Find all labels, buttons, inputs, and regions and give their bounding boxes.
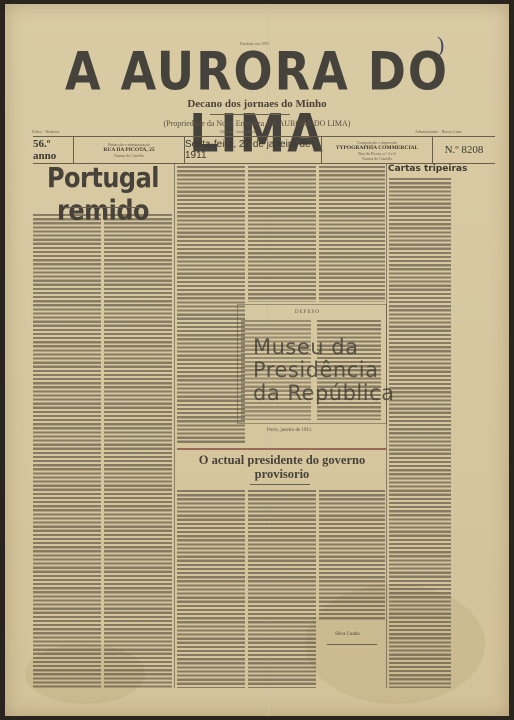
newspaper-page: Fundado em 1855 ) A AURORA DO LIMA Decan…: [5, 4, 509, 716]
column-rule: [386, 164, 387, 688]
typography-city: Vianna do Castello: [362, 156, 392, 161]
text-column-1: [33, 214, 101, 688]
second-headline: O actual presidente do governo provisori…: [177, 453, 387, 481]
year-cell: 56.º anno: [33, 137, 74, 163]
headline-rule: [65, 207, 140, 208]
watermark-line-2: Presidência: [253, 359, 395, 382]
signature: Silva Cunha: [335, 632, 360, 637]
masthead-subtitle: Decano dos jornaes do Minho: [5, 98, 509, 110]
article-divider: [177, 448, 387, 450]
boxed-notice-title: DEFESO: [295, 310, 320, 315]
text-column-3: [177, 166, 245, 444]
issue-number-cell: N.º 8208: [433, 137, 495, 163]
text-column-5: [319, 166, 385, 302]
text-column-6: [177, 490, 245, 688]
masthead-director: Director · José Caldas: [220, 129, 255, 134]
redaccao-cell: Redacção e administração RUA DA PICOTA, …: [74, 137, 185, 163]
watermark-line-1: Museu da: [253, 336, 395, 359]
dateline: Porto, janeiro de 1911.: [267, 428, 313, 433]
text-column-9: [389, 178, 451, 688]
watermark-line-3: da República: [253, 382, 395, 405]
date-cell: Sexta-feira, 27 de janeiro de 1911: [185, 137, 322, 163]
signature-rule: [327, 644, 377, 645]
masthead-ownership: (Propriedade da Nova Empreza d'A AURORA …: [5, 119, 509, 128]
subtitle-rule: [210, 114, 290, 115]
text-column-7: [248, 490, 316, 688]
redaccao-city: Vianna do Castello: [114, 153, 144, 158]
text-column-4: [248, 166, 316, 302]
year: 56.º anno: [33, 138, 73, 162]
masthead-administrator: Administrador · Barros Lima: [415, 129, 462, 134]
issue-date: Sexta-feira, 27 de janeiro de 1911: [185, 139, 321, 161]
typography-cell: Composição e impressão TYPOGRAPHIA COMME…: [322, 137, 433, 163]
headline-rule: [250, 484, 310, 485]
column-rule: [174, 164, 175, 688]
info-bar: 56.º anno Redacção e administração RUA D…: [33, 136, 495, 164]
column-headline: Cartas tripeiras: [388, 164, 467, 174]
text-column-2: [104, 214, 172, 688]
text-column-8: [319, 490, 385, 620]
museum-watermark: Museu da Presidência da República: [253, 336, 395, 405]
issue-number: N.º 8208: [445, 144, 484, 156]
masthead-editor: Editor · Redactor: [32, 129, 60, 134]
